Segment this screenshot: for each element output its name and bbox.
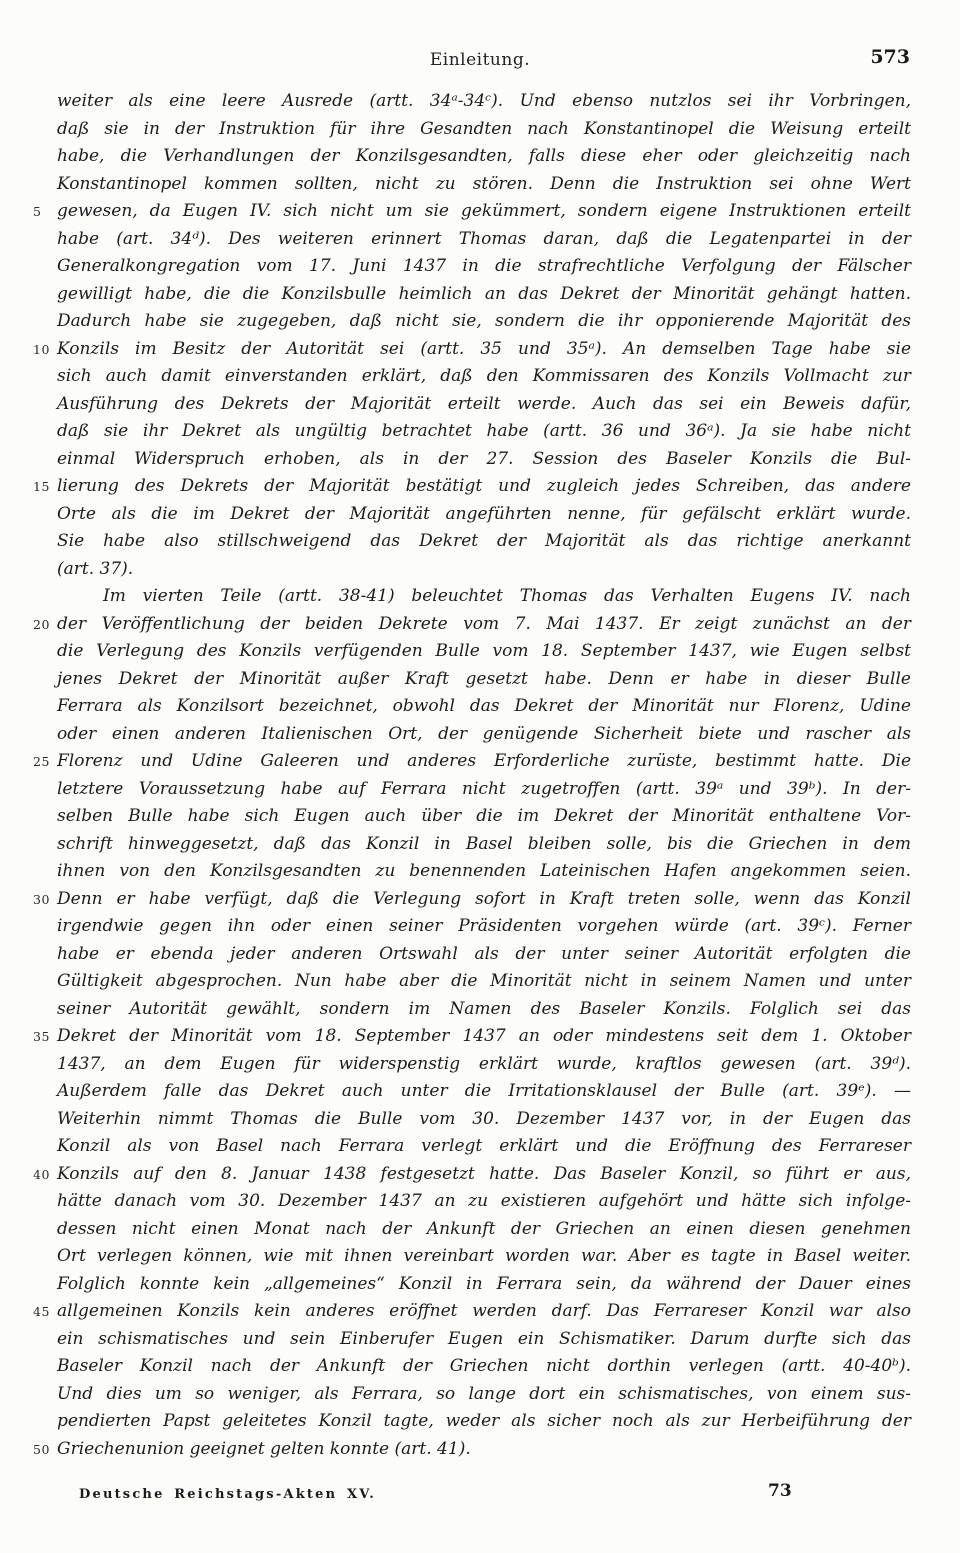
- line-text: dessen nicht einen Monat nach der Ankunf…: [57, 1219, 911, 1239]
- text-line: daß sie in der Instruktion für ihre Gesa…: [57, 116, 911, 144]
- line-text: weiter als eine leere Ausrede (artt. 34ᵃ…: [57, 91, 911, 111]
- line-text: Griechenunion geeignet gelten konnte (ar…: [57, 1439, 471, 1459]
- line-text: sich auch damit einverstanden erklärt, d…: [57, 366, 911, 386]
- page-number: 573: [870, 46, 910, 68]
- text-line: Konzil als von Basel nach Ferrara verleg…: [57, 1133, 911, 1161]
- line-text: Konzils im Besitz der Autorität sei (art…: [57, 339, 911, 359]
- line-number: 20: [33, 611, 50, 639]
- text-line: 10Konzils im Besitz der Autorität sei (a…: [57, 336, 911, 364]
- line-text: daß sie ihr Dekret als ungültig betracht…: [57, 421, 911, 441]
- text-block: weiter als eine leere Ausrede (artt. 34ᵃ…: [57, 88, 911, 1463]
- line-text: hätte danach vom 30. Dezember 1437 an zu…: [57, 1191, 911, 1211]
- line-text: die Verlegung des Konzils verfügenden Bu…: [57, 641, 911, 661]
- text-line: Dadurch habe sie zugegeben, daß nicht si…: [57, 308, 911, 336]
- text-line: Ort verlegen können, wie mit ihnen verei…: [57, 1243, 911, 1271]
- line-text: Dadurch habe sie zugegeben, daß nicht si…: [57, 311, 911, 331]
- book-page: Einleitung. 573 weiter als eine leere Au…: [0, 0, 960, 1553]
- line-number: 30: [33, 886, 50, 914]
- text-line: letztere Voraussetzung habe auf Ferrara …: [57, 776, 911, 804]
- text-line: Gültigkeit abgesprochen. Nun habe aber d…: [57, 968, 911, 996]
- line-text: der Veröffentlichung der beiden Dekrete …: [57, 614, 911, 634]
- text-line: 40Konzils auf den 8. Januar 1438 festges…: [57, 1161, 911, 1189]
- line-text: seiner Autorität gewählt, sondern im Nam…: [57, 999, 911, 1019]
- text-line: oder einen anderen Italienischen Ort, de…: [57, 721, 911, 749]
- text-line: Und dies um so weniger, als Ferrara, so …: [57, 1381, 911, 1409]
- line-text: letztere Voraussetzung habe auf Ferrara …: [57, 779, 911, 799]
- text-line: hätte danach vom 30. Dezember 1437 an zu…: [57, 1188, 911, 1216]
- text-line: Orte als die im Dekret der Majorität ang…: [57, 501, 911, 529]
- text-line: selben Bulle habe sich Eugen auch über d…: [57, 803, 911, 831]
- text-line: 30Denn er habe verfügt, daß die Verlegun…: [57, 886, 911, 914]
- text-line: habe (art. 34ᵈ). Des weiteren erinnert T…: [57, 226, 911, 254]
- line-number: 50: [33, 1436, 50, 1464]
- line-number: 45: [33, 1298, 50, 1326]
- line-text: Konzils auf den 8. Januar 1438 festgeset…: [57, 1164, 911, 1184]
- text-line: 45allgemeinen Konzils kein anderes eröff…: [57, 1298, 911, 1326]
- running-head-title: Einleitung.: [0, 50, 960, 70]
- text-line: Im vierten Teile (artt. 38-41) beleuchte…: [57, 583, 911, 611]
- line-text: gewesen, da Eugen IV. sich nicht um sie …: [57, 201, 911, 221]
- line-text: daß sie in der Instruktion für ihre Gesa…: [57, 119, 911, 139]
- text-line: habe er ebenda jeder anderen Ortswahl al…: [57, 941, 911, 969]
- text-line: 1437, an dem Eugen für widerspenstig erk…: [57, 1051, 911, 1079]
- text-line: 35Dekret der Minorität vom 18. September…: [57, 1023, 911, 1051]
- line-text: Konstantinopel kommen sollten, nicht zu …: [57, 174, 911, 194]
- line-number: 40: [33, 1161, 50, 1189]
- line-text: Außerdem falle das Dekret auch unter die…: [57, 1081, 911, 1101]
- line-text: (art. 37).: [57, 559, 133, 579]
- text-line: sich auch damit einverstanden erklärt, d…: [57, 363, 911, 391]
- text-line: ein schismatisches und sein Einberufer E…: [57, 1326, 911, 1354]
- line-number: 10: [33, 336, 50, 364]
- text-line: pendierten Papst geleitetes Konzil tagte…: [57, 1408, 911, 1436]
- line-text: habe er ebenda jeder anderen Ortswahl al…: [57, 944, 911, 964]
- line-text: gewilligt habe, die die Konzilsbulle hei…: [57, 284, 911, 304]
- line-text: ihnen von den Konzilsgesandten zu benenn…: [57, 861, 911, 881]
- line-text: Sie habe also stillschweigend das Dekret…: [57, 531, 911, 551]
- text-line: ihnen von den Konzilsgesandten zu benenn…: [57, 858, 911, 886]
- line-text: Weiterhin nimmt Thomas die Bulle vom 30.…: [57, 1109, 911, 1129]
- text-line: Generalkongregation vom 17. Juni 1437 in…: [57, 253, 911, 281]
- line-number: 5: [33, 198, 41, 226]
- text-line: 15lierung des Dekrets der Majorität best…: [57, 473, 911, 501]
- line-text: Generalkongregation vom 17. Juni 1437 in…: [57, 256, 911, 276]
- text-line: habe, die Verhandlungen der Konzilsgesan…: [57, 143, 911, 171]
- text-line: Baseler Konzil nach der Ankunft der Grie…: [57, 1353, 911, 1381]
- text-line: daß sie ihr Dekret als ungültig betracht…: [57, 418, 911, 446]
- line-text: Konzil als von Basel nach Ferrara verleg…: [57, 1136, 911, 1156]
- line-text: pendierten Papst geleitetes Konzil tagte…: [57, 1411, 911, 1431]
- line-text: allgemeinen Konzils kein anderes eröffne…: [57, 1301, 911, 1321]
- text-line: Ferrara als Konzilsort bezeichnet, obwoh…: [57, 693, 911, 721]
- text-line: 25Florenz und Udine Galeeren und anderes…: [57, 748, 911, 776]
- text-line: Weiterhin nimmt Thomas die Bulle vom 30.…: [57, 1106, 911, 1134]
- line-text: habe (art. 34ᵈ). Des weiteren erinnert T…: [57, 229, 911, 249]
- line-text: Florenz und Udine Galeeren und anderes E…: [57, 751, 911, 771]
- text-line: Außerdem falle das Dekret auch unter die…: [57, 1078, 911, 1106]
- line-text: ein schismatisches und sein Einberufer E…: [57, 1329, 911, 1349]
- line-number: 35: [33, 1023, 50, 1051]
- text-line: weiter als eine leere Ausrede (artt. 34ᵃ…: [57, 88, 911, 116]
- text-line: dessen nicht einen Monat nach der Ankunf…: [57, 1216, 911, 1244]
- text-line: irgendwie gegen ihn oder einen seiner Pr…: [57, 913, 911, 941]
- line-text: Ort verlegen können, wie mit ihnen verei…: [57, 1246, 911, 1266]
- line-text: habe, die Verhandlungen der Konzilsgesan…: [57, 146, 911, 166]
- line-text: oder einen anderen Italienischen Ort, de…: [57, 724, 911, 744]
- line-text: Ausführung des Dekrets der Majorität ert…: [57, 394, 911, 414]
- text-line: seiner Autorität gewählt, sondern im Nam…: [57, 996, 911, 1024]
- line-text: Folglich konnte kein „allgemeines“ Konzi…: [57, 1274, 911, 1294]
- line-text: irgendwie gegen ihn oder einen seiner Pr…: [57, 916, 911, 936]
- line-text: Denn er habe verfügt, daß die Verlegung …: [57, 889, 911, 909]
- line-text: Dekret der Minorität vom 18. September 1…: [57, 1026, 911, 1046]
- text-line: 20der Veröffentlichung der beiden Dekret…: [57, 611, 911, 639]
- line-text: Ferrara als Konzilsort bezeichnet, obwoh…: [57, 696, 911, 716]
- text-line: 5gewesen, da Eugen IV. sich nicht um sie…: [57, 198, 911, 226]
- text-line: (art. 37).: [57, 556, 911, 584]
- line-text: 1437, an dem Eugen für widerspenstig erk…: [57, 1054, 911, 1074]
- text-line: Konstantinopel kommen sollten, nicht zu …: [57, 171, 911, 199]
- text-line: die Verlegung des Konzils verfügenden Bu…: [57, 638, 911, 666]
- line-text: Orte als die im Dekret der Majorität ang…: [57, 504, 911, 524]
- footer-series-title: Deutsche Reichstags-Akten XV.: [79, 1487, 376, 1502]
- text-line: Ausführung des Dekrets der Majorität ert…: [57, 391, 911, 419]
- line-text: Gültigkeit abgesprochen. Nun habe aber d…: [57, 971, 911, 991]
- line-text: jenes Dekret der Minorität außer Kraft g…: [57, 669, 911, 689]
- text-line: jenes Dekret der Minorität außer Kraft g…: [57, 666, 911, 694]
- text-line: Sie habe also stillschweigend das Dekret…: [57, 528, 911, 556]
- line-text: schrift hinweggesetzt, daß das Konzil in…: [57, 834, 911, 854]
- text-line: schrift hinweggesetzt, daß das Konzil in…: [57, 831, 911, 859]
- text-line: einmal Widerspruch erhoben, als in der 2…: [57, 446, 911, 474]
- line-text: selben Bulle habe sich Eugen auch über d…: [57, 806, 911, 826]
- text-line: gewilligt habe, die die Konzilsbulle hei…: [57, 281, 911, 309]
- line-text: Und dies um so weniger, als Ferrara, so …: [57, 1384, 911, 1404]
- line-text: Baseler Konzil nach der Ankunft der Grie…: [57, 1356, 911, 1376]
- text-line: Folglich konnte kein „allgemeines“ Konzi…: [57, 1271, 911, 1299]
- text-line: 50Griechenunion geeignet gelten konnte (…: [57, 1436, 911, 1464]
- line-number: 25: [33, 748, 50, 776]
- footer-sheet-number: 73: [768, 1481, 792, 1501]
- line-text: Im vierten Teile (artt. 38-41) beleuchte…: [103, 586, 911, 606]
- line-text: einmal Widerspruch erhoben, als in der 2…: [57, 449, 911, 469]
- line-text: lierung des Dekrets der Majorität bestät…: [57, 476, 911, 496]
- line-number: 15: [33, 473, 50, 501]
